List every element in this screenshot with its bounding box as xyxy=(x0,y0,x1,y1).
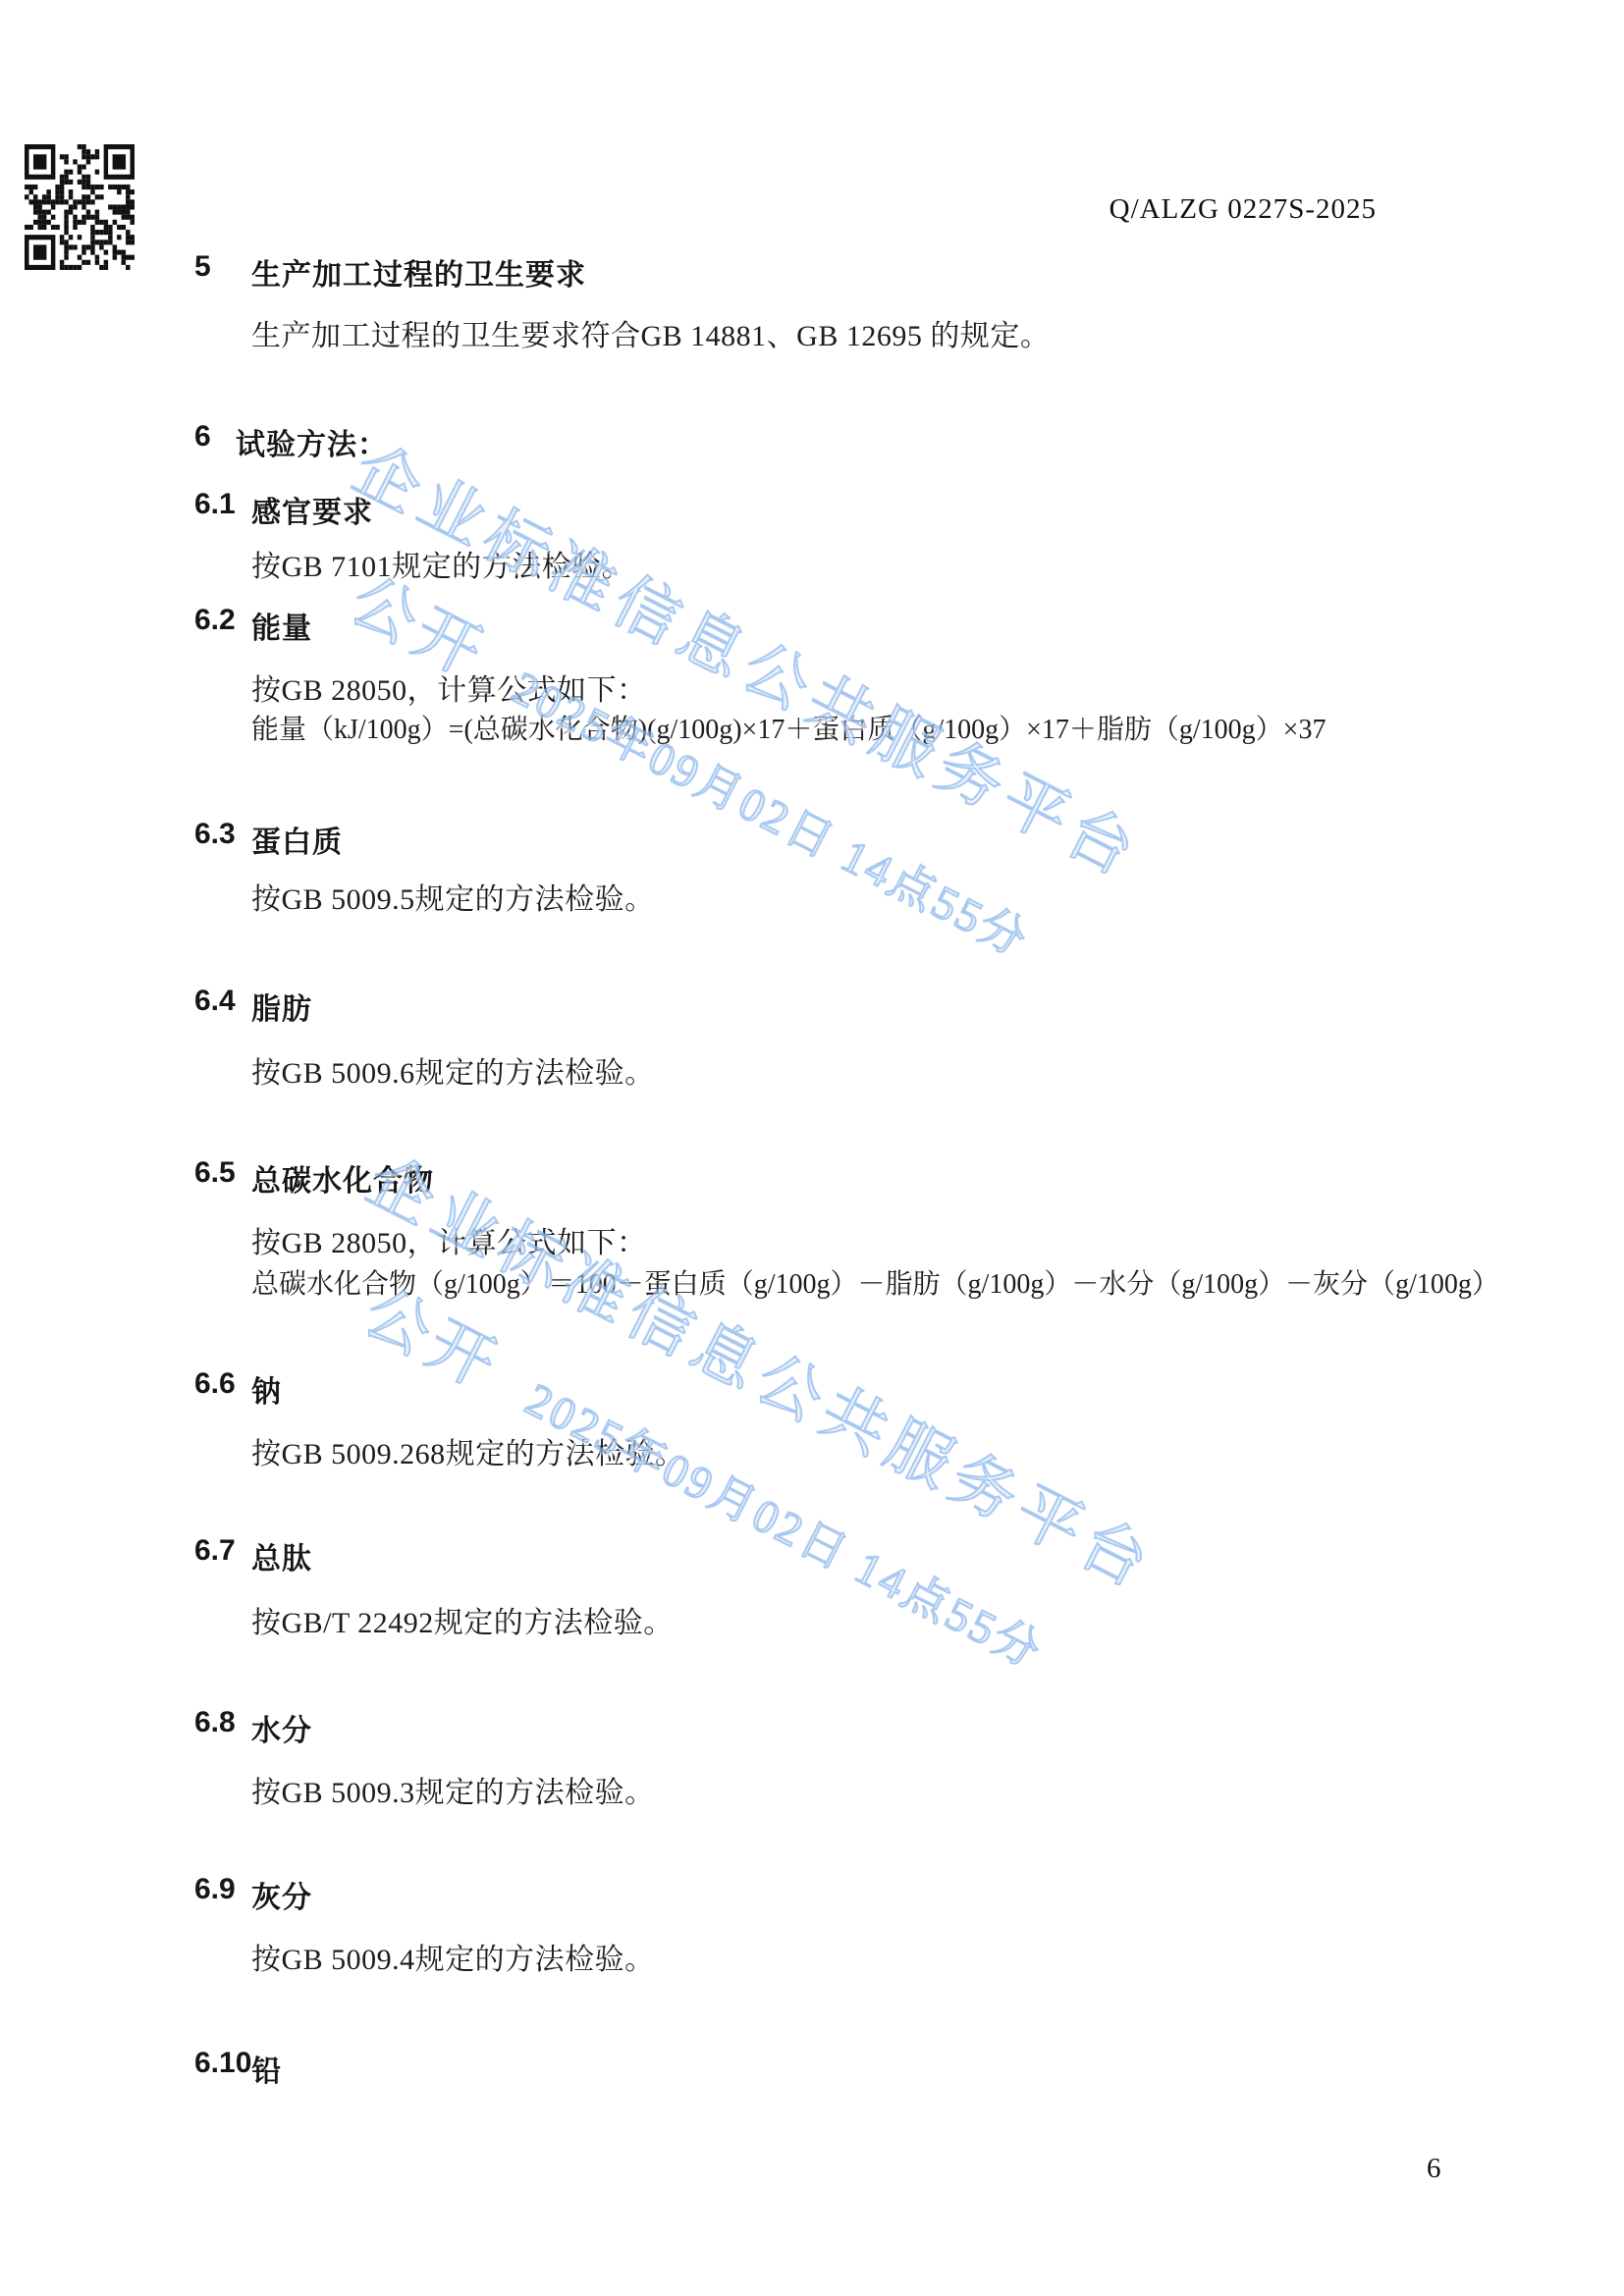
section-title: 铅 xyxy=(251,2047,282,2090)
section-number: 6.3 xyxy=(194,818,251,851)
paragraph: 按GB 7101规定的方法检验。 xyxy=(251,542,631,585)
section-number: 6.1 xyxy=(194,488,251,521)
watermark-platform-text: 企业标准信息公共服务平台 xyxy=(341,417,1160,896)
section-heading: 6.10 铅 xyxy=(194,2047,282,2090)
section-heading: 6.3 蛋白质 xyxy=(194,818,343,861)
section-title: 灰分 xyxy=(251,1873,312,1916)
standard-number: Q/ALZG 0227S-2025 xyxy=(1110,193,1377,226)
section-title: 蛋白质 xyxy=(251,818,343,861)
section-heading: 6 试验方法： xyxy=(194,420,388,463)
paragraph: 按GB 5009.4规定的方法检验。 xyxy=(251,1935,655,1978)
section-title: 试验方法： xyxy=(236,420,388,463)
paragraph: 按GB 5009.5规定的方法检验。 xyxy=(251,875,655,918)
section-heading: 6.1 感官要求 xyxy=(194,488,373,531)
section-title: 总肽 xyxy=(251,1534,312,1577)
formula: 总碳水化合物（g/100g）＝100－蛋白质（g/100g）－脂肪（g/100g… xyxy=(251,1262,1499,1302)
section-number: 6.2 xyxy=(194,604,251,637)
section-number: 5 xyxy=(194,250,251,284)
paragraph: 按GB 5009.268规定的方法检验。 xyxy=(251,1429,685,1472)
section-number: 6.10 xyxy=(194,2047,251,2080)
section-heading: 6.8 水分 xyxy=(194,1706,312,1749)
section-title: 感官要求 xyxy=(251,488,373,531)
section-heading: 6.9 灰分 xyxy=(194,1873,312,1916)
section-heading: 6.7 总肽 xyxy=(194,1534,312,1577)
section-heading: 6.2 能量 xyxy=(194,604,312,647)
section-number: 6.9 xyxy=(194,1873,251,1906)
formula: 能量（kJ/100g）=(总碳水化合物)(g/100g)×17＋蛋白质（g/10… xyxy=(251,708,1326,747)
section-heading: 6.6 钠 xyxy=(194,1367,282,1411)
qr-code xyxy=(25,144,135,270)
paragraph: 按GB/T 22492规定的方法检验。 xyxy=(251,1598,674,1641)
paragraph: 按GB 5009.6规定的方法检验。 xyxy=(251,1048,655,1092)
page-number: 6 xyxy=(1427,2153,1441,2185)
paragraph: 生产加工过程的卫生要求符合GB 14881、GB 12695 的规定。 xyxy=(251,311,1050,354)
section-heading: 6.4 脂肪 xyxy=(194,985,312,1028)
paragraph: 按GB 5009.3规定的方法检验。 xyxy=(251,1768,655,1811)
section-title: 生产加工过程的卫生要求 xyxy=(251,250,586,294)
section-number: 6.4 xyxy=(194,985,251,1018)
section-title: 总碳水化合物 xyxy=(251,1156,434,1200)
section-title: 脂肪 xyxy=(251,985,312,1028)
paragraph: 按GB 28050，计算公式如下： xyxy=(251,666,647,709)
section-heading: 5 生产加工过程的卫生要求 xyxy=(194,250,586,294)
section-title: 能量 xyxy=(251,604,312,647)
section-heading: 6.5 总碳水化合物 xyxy=(194,1156,434,1200)
section-title: 水分 xyxy=(251,1706,312,1749)
section-number: 6.6 xyxy=(194,1367,251,1401)
paragraph: 按GB 28050，计算公式如下： xyxy=(251,1218,647,1261)
section-number: 6.7 xyxy=(194,1534,251,1568)
section-title: 钠 xyxy=(251,1367,282,1411)
section-number: 6 xyxy=(194,420,236,454)
document-page: Q/ALZG 0227S-2025 5 生产加工过程的卫生要求 生产加工过程的卫… xyxy=(0,0,1624,2296)
section-number: 6.8 xyxy=(194,1706,251,1739)
section-number: 6.5 xyxy=(194,1156,251,1190)
watermark-platform-text: 企业标准信息公共服务平台 xyxy=(354,1129,1173,1608)
